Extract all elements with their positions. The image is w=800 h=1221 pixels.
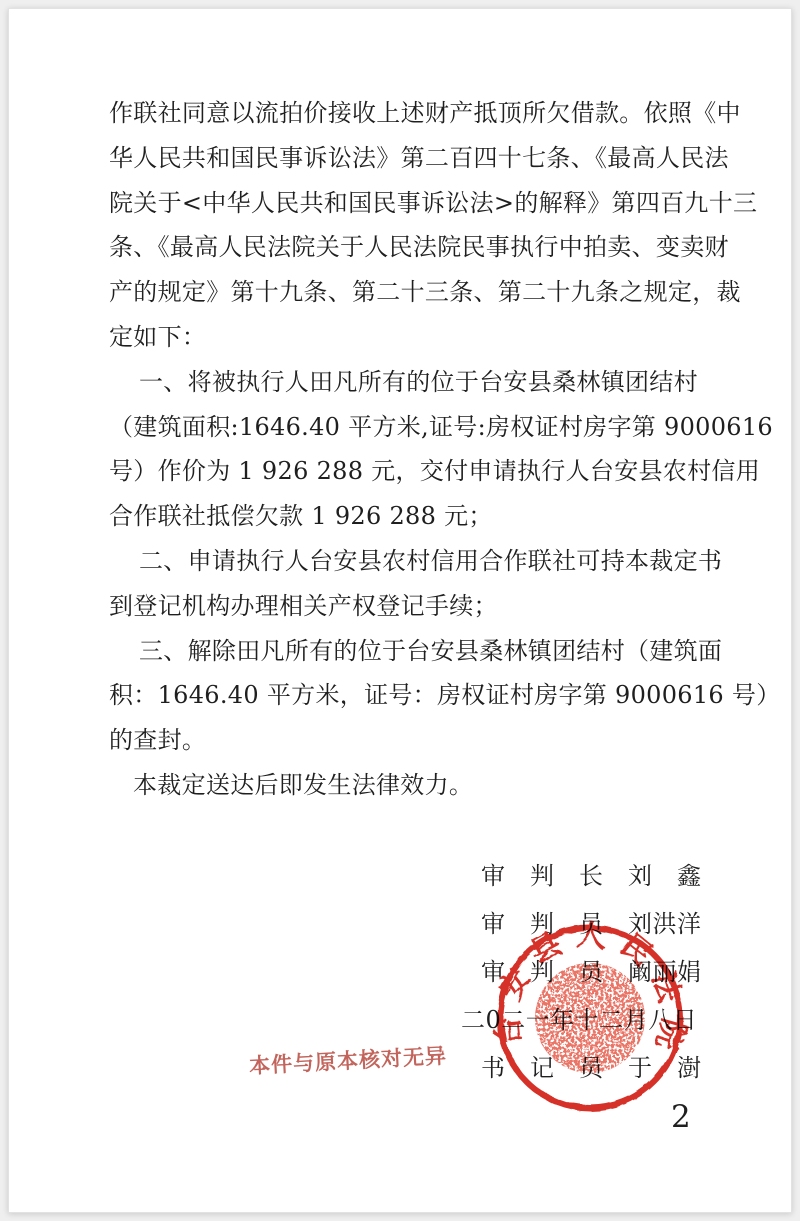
body-line-effect-clause: 本裁定送达后即发生法律效力。 bbox=[109, 763, 709, 808]
body-line: 号）作价为 1 926 288 元，交付申请执行人台安县农村信用 bbox=[109, 449, 709, 494]
signature-block: 审 判 长 刘 鑫 审 判 员 刘洪洋 审 判 员 阚丽娟 二0二一年十二月八日… bbox=[481, 852, 702, 1092]
body-line: 定如下： bbox=[109, 315, 709, 360]
body-line: 的查封。 bbox=[109, 718, 709, 763]
verification-stamp: 本件与原本核对无异 bbox=[248, 1040, 447, 1080]
document-page: 作联社同意以流拍价接收上述财产抵顶所欠借款。依照《中 华人民共和国民事诉讼法》第… bbox=[8, 8, 792, 1213]
body-line-item-3: 三、解除田凡所有的位于台安县桑林镇团结村（建筑面 bbox=[109, 629, 709, 674]
body-line: 华人民共和国民事诉讼法》第二百四十七条、《最高人民法 bbox=[109, 136, 709, 181]
judge-line: 审 判 员 刘洪洋 bbox=[481, 900, 702, 948]
body-line-item-1: 一、将被执行人田凡所有的位于台安县桑林镇团结村 bbox=[109, 360, 709, 405]
body-line: 产的规定》第十九条、第二十三条、第二十九条之规定，裁 bbox=[109, 270, 709, 315]
body-line: 院关于<中华人民共和国民事诉讼法>的解释》第四百九十三 bbox=[109, 181, 709, 226]
scanned-court-ruling: { "theme": { "bg": "#efefef", "paper": "… bbox=[0, 0, 800, 1221]
body-line: 积：1646.40 平方米，证号：房权证村房字第 9000616 号） bbox=[109, 673, 709, 718]
body-line: 条、《最高人民法院关于人民法院民事执行中拍卖、变卖财 bbox=[109, 225, 709, 270]
presiding-judge-line: 审 判 长 刘 鑫 bbox=[481, 852, 702, 900]
body-line: 到登记机构办理相关产权登记手续； bbox=[109, 584, 709, 629]
body-line-item-2: 二、申请执行人台安县农村信用合作联社可持本裁定书 bbox=[109, 539, 709, 584]
body-line: 作联社同意以流拍价接收上述财产抵顶所欠借款。依照《中 bbox=[109, 91, 709, 136]
ruling-date-line: 二0二一年十二月八日 bbox=[461, 996, 702, 1044]
clerk-line: 书 记 员 于 澍 bbox=[481, 1044, 702, 1092]
page-number: 2 bbox=[671, 1099, 691, 1135]
body-line: （建筑面积:1646.40 平方米,证号:房权证村房字第 9000616 bbox=[109, 405, 709, 450]
body-line: 合作联社抵偿欠款 1 926 288 元； bbox=[109, 494, 709, 539]
ruling-body-text: 作联社同意以流拍价接收上述财产抵顶所欠借款。依照《中 华人民共和国民事诉讼法》第… bbox=[109, 91, 709, 808]
judge-line: 审 判 员 阚丽娟 bbox=[481, 948, 702, 996]
